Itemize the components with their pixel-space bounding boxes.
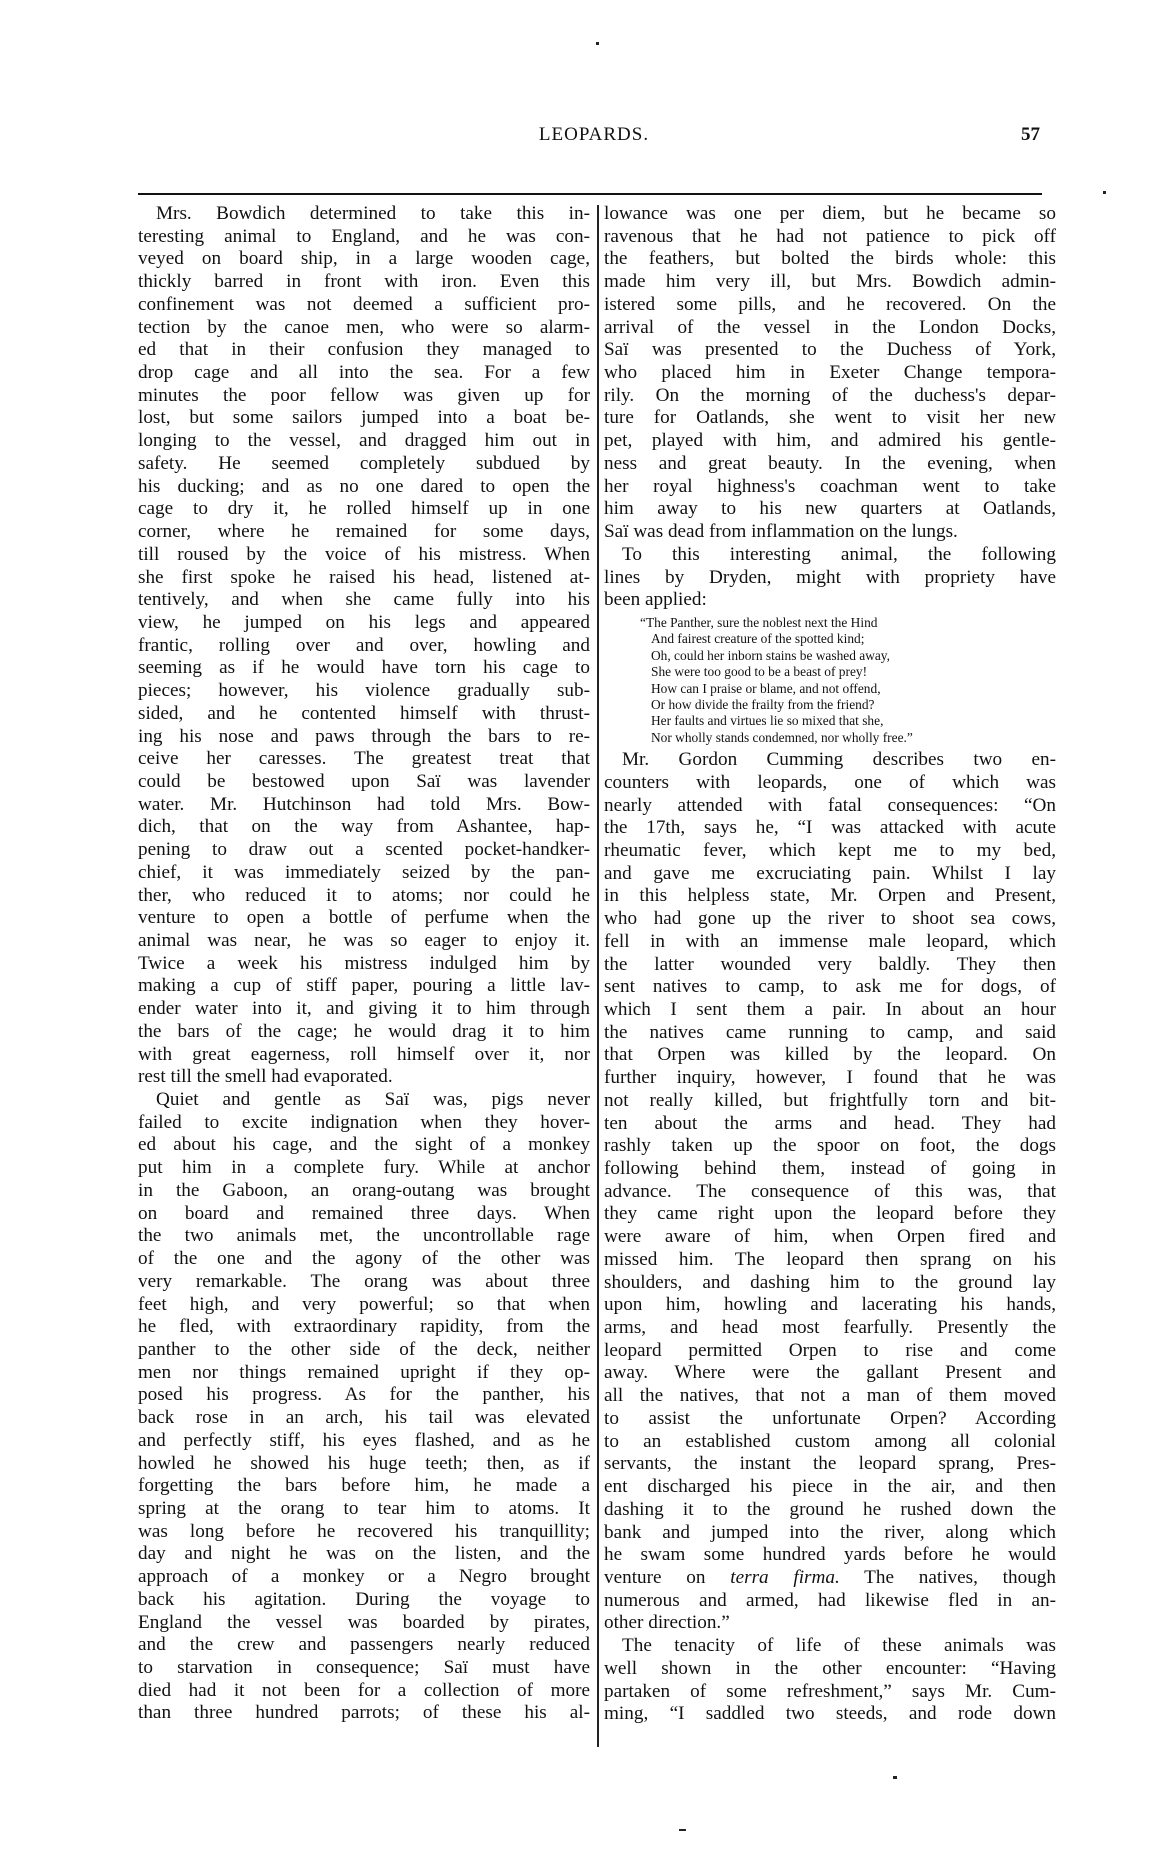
text-span: venture on <box>604 1567 730 1588</box>
text-line: day and night he was on the listen, and … <box>138 1543 590 1566</box>
text-line: he swam some hundred yards before he wou… <box>604 1544 1056 1567</box>
text-line: view, he jumped on his legs and appeared <box>138 612 590 635</box>
text-line: till roused by the voice of his mistress… <box>138 544 590 567</box>
text-line: men nor things remained upright if they … <box>138 1362 590 1385</box>
text-line: animal was near, he was so eager to enjo… <box>138 930 590 953</box>
text-line: the bars of the cage; he would drag it t… <box>138 1021 590 1044</box>
text-line: seeming as if he would have torn his cag… <box>138 657 590 680</box>
text-line: numerous and armed, had likewise fled in… <box>604 1590 1056 1613</box>
text-line: fell in with an immense male leopard, wh… <box>604 931 1056 954</box>
text-line: making a cup of stiff paper, pouring a l… <box>138 975 590 998</box>
text-line: feet high, and very powerful; so that wh… <box>138 1294 590 1317</box>
text-line: Saï was presented to the Duchess of York… <box>604 339 1056 362</box>
text-line: partaken of some refreshment,” says Mr. … <box>604 1681 1056 1704</box>
text-line: pieces; however, his violence gradually … <box>138 680 590 703</box>
verse-line: How can I praise or blame, and not offen… <box>640 681 1056 697</box>
text-line: ravenous that he had not patience to pic… <box>604 226 1056 249</box>
text-line: in the Gaboon, an orang-outang was broug… <box>138 1180 590 1203</box>
text-line: well shown in the other encounter: “Havi… <box>604 1658 1056 1681</box>
text-line: arrival of the vessel in the London Dock… <box>604 317 1056 340</box>
print-speck <box>596 42 599 45</box>
text-line: dich, that on the way from Ashantee, hap… <box>138 816 590 839</box>
text-line: he fled, with extraordinary rapidity, fr… <box>138 1316 590 1339</box>
text-line: advance. The consequence of this was, th… <box>604 1181 1056 1204</box>
text-line: Quiet and gentle as Saï was, pigs never <box>138 1089 590 1112</box>
text-line: lost, but some sailors jumped into a boa… <box>138 407 590 430</box>
italic-phrase-terra-firma: terra firma. <box>730 1567 840 1588</box>
text-line: and perfectly stiff, his eyes flashed, a… <box>138 1430 590 1453</box>
verse-line: “The Panther, sure the noblest next the … <box>640 615 1056 631</box>
text-line: spring at the orang to tear him to atoms… <box>138 1498 590 1521</box>
text-line: to assist the unfortunate Orpen? Accordi… <box>604 1408 1056 1431</box>
text-line: ceive her caresses. The greatest treat t… <box>138 748 590 771</box>
text-line: been applied: <box>604 589 1056 612</box>
text-line: confinement was not deemed a sufficient … <box>138 294 590 317</box>
text-line: servants, the instant the leopard sprang… <box>604 1453 1056 1476</box>
text-line: who had gone up the river to shoot sea c… <box>604 908 1056 931</box>
verse-line: Oh, could her inborn stains be washed aw… <box>640 648 1056 664</box>
text-line: bank and jumped into the river, along wh… <box>604 1522 1056 1545</box>
text-line: the 17th, says he, “I was attacked with … <box>604 817 1056 840</box>
verse-line: Or how divide the frailty from the frien… <box>640 697 1056 713</box>
text-line: frantic, rolling over and over, howling … <box>138 635 590 658</box>
text-line: cage to dry it, he rolled himself up in … <box>138 498 590 521</box>
text-line: counters with leopards, one of which was <box>604 772 1056 795</box>
text-line: posed his progress. As for the panther, … <box>138 1384 590 1407</box>
text-line: to an established custom among all colon… <box>604 1431 1056 1454</box>
text-line: and gave me excruciating pain. Whilst I … <box>604 863 1056 886</box>
text-line: teresting animal to England, and he was … <box>138 226 590 249</box>
text-line: drop cage and all into the sea. For a fe… <box>138 362 590 385</box>
text-line: thickly barred in front with iron. Even … <box>138 271 590 294</box>
text-line: shoulders, and dashing him to the ground… <box>604 1272 1056 1295</box>
text-line: could be bestowed upon Saï was lavender <box>138 771 590 794</box>
text-line: lines by Dryden, might with propriety ha… <box>604 567 1056 590</box>
text-line: rheumatic fever, which kept me to my bed… <box>604 840 1056 863</box>
text-line: ed about his cage, and the sight of a mo… <box>138 1134 590 1157</box>
text-line: ed that in their confusion they managed … <box>138 339 590 362</box>
print-speck <box>893 1776 897 1779</box>
left-column: Mrs. Bowdich determined to take this in-… <box>138 203 590 1725</box>
text-line: that Orpen was killed by the leopard. On <box>604 1044 1056 1067</box>
text-line: with great eagerness, roll himself over … <box>138 1044 590 1067</box>
text-line: him away to his new quarters at Oatlands… <box>604 498 1056 521</box>
text-line: the two animals met, the uncontrollable … <box>138 1225 590 1248</box>
text-line: sent natives to camp, to ask me for dogs… <box>604 976 1056 999</box>
text-line: put him in a complete fury. While at anc… <box>138 1157 590 1180</box>
text-line: not really killed, but frightfully torn … <box>604 1090 1056 1113</box>
text-line: away. Where were the gallant Present and <box>604 1362 1056 1385</box>
text-line: back his agitation. During the voyage to <box>138 1589 590 1612</box>
text-line: ent discharged his piece in the air, and… <box>604 1476 1056 1499</box>
column-divider <box>597 205 599 1747</box>
text-line: corner, where he remained for some days, <box>138 521 590 544</box>
text-line: pening to draw out a scented pocket-hand… <box>138 839 590 862</box>
text-line: died had it not been for a collection of… <box>138 1680 590 1703</box>
text-line: very remarkable. The orang was about thr… <box>138 1271 590 1294</box>
text-line: upon him, howling and lacerating his han… <box>604 1294 1056 1317</box>
text-line: and the crew and passengers nearly reduc… <box>138 1634 590 1657</box>
text-line: ther, who reduced it to atoms; nor could… <box>138 885 590 908</box>
text-line: ming, “I saddled two steeds, and rode do… <box>604 1703 1056 1726</box>
text-line: ness and great beauty. In the evening, w… <box>604 453 1056 476</box>
text-span: The natives, though <box>840 1567 1056 1588</box>
text-line: her royal highness's coachman went to ta… <box>604 476 1056 499</box>
text-line: To this interesting animal, the followin… <box>604 544 1056 567</box>
text-line: ten about the arms and head. They had <box>604 1113 1056 1136</box>
text-line: chief, it was immediately seized by the … <box>138 862 590 885</box>
text-line: ing his nose and paws through the bars t… <box>138 726 590 749</box>
text-line: tentively, and when she came fully into … <box>138 589 590 612</box>
text-line: arms, and head most fearfully. Presently… <box>604 1317 1056 1340</box>
header-rule <box>138 193 1042 195</box>
text-line: they came right upon the leopard before … <box>604 1203 1056 1226</box>
text-line: to starvation in consequence; Saï must h… <box>138 1657 590 1680</box>
text-line: ture for Oatlands, she went to visit her… <box>604 407 1056 430</box>
print-speck <box>1103 191 1106 194</box>
running-title: LEOPARDS. <box>138 124 1050 146</box>
text-line: Twice a week his mistress indulged him b… <box>138 953 590 976</box>
text-line: on board and remained three days. When <box>138 1203 590 1226</box>
text-line: Saï was dead from inflammation on the lu… <box>604 521 1056 544</box>
text-line: venture on terra firma. The natives, tho… <box>604 1567 1056 1590</box>
text-line: in this helpless state, Mr. Orpen and Pr… <box>604 885 1056 908</box>
running-head: LEOPARDS. 57 <box>138 124 1050 154</box>
text-line: longing to the vessel, and dragged him o… <box>138 430 590 453</box>
text-line: other direction.” <box>604 1612 1056 1635</box>
text-line: who placed him in Exeter Change tempora- <box>604 362 1056 385</box>
text-line: than three hundred parrots; of these his… <box>138 1702 590 1725</box>
text-line: panther to the other side of the deck, n… <box>138 1339 590 1362</box>
text-line: veyed on board ship, in a large wooden c… <box>138 248 590 271</box>
text-line: approach of a monkey or a Negro brought <box>138 1566 590 1589</box>
verse-line: She were too good to be a beast of prey! <box>640 664 1056 680</box>
text-line: which I sent them a pair. In about an ho… <box>604 999 1056 1022</box>
text-line: rily. On the morning of the duchess's de… <box>604 385 1056 408</box>
text-line: venture to open a bottle of perfume when… <box>138 907 590 930</box>
text-line: istered some pills, and he recovered. On… <box>604 294 1056 317</box>
text-line: made him very ill, but Mrs. Bowdich admi… <box>604 271 1056 294</box>
text-line: ender water into it, and giving it to hi… <box>138 998 590 1021</box>
text-line: she first spoke he raised his head, list… <box>138 567 590 590</box>
text-line: Mr. Gordon Cumming describes two en- <box>604 749 1056 772</box>
text-line: were aware of him, when Orpen fired and <box>604 1226 1056 1249</box>
text-line: rashly taken up the spoor on foot, the d… <box>604 1135 1056 1158</box>
text-line: water. Mr. Hutchinson had told Mrs. Bow- <box>138 794 590 817</box>
text-line: failed to excite indignation when they h… <box>138 1112 590 1135</box>
text-line: England the vessel was boarded by pirate… <box>138 1612 590 1635</box>
text-line: the natives came running to camp, and sa… <box>604 1022 1056 1045</box>
text-line: safety. He seemed completely subdued by <box>138 453 590 476</box>
text-line: back rose in an arch, his tail was eleva… <box>138 1407 590 1430</box>
verse-line: And fairest creature of the spotted kind… <box>640 631 1056 647</box>
text-line: the latter wounded very baldly. They the… <box>604 954 1056 977</box>
text-line: tection by the canoe men, who were so al… <box>138 317 590 340</box>
text-line: nearly attended with fatal consequences:… <box>604 795 1056 818</box>
right-column: lowance was one per diem, but he became … <box>604 203 1056 1726</box>
text-line: pet, played with him, and admired his ge… <box>604 430 1056 453</box>
text-line: lowance was one per diem, but he became … <box>604 203 1056 226</box>
page-number: 57 <box>1021 124 1040 146</box>
text-line: dashing it to the ground he rushed down … <box>604 1499 1056 1522</box>
text-line: forgetting the bars before him, he made … <box>138 1475 590 1498</box>
verse-line: Nor wholly stands condemned, nor wholly … <box>640 730 1056 746</box>
text-line: The tenacity of life of these animals wa… <box>604 1635 1056 1658</box>
text-line: minutes the poor fellow was given up for <box>138 385 590 408</box>
text-line: his ducking; and as no one dared to open… <box>138 476 590 499</box>
print-speck <box>679 1829 686 1831</box>
text-line: of the one and the agony of the other wa… <box>138 1248 590 1271</box>
text-line: was long before he recovered his tranqui… <box>138 1521 590 1544</box>
text-line: missed him. The leopard then sprang on h… <box>604 1249 1056 1272</box>
dryden-verse: “The Panther, sure the noblest next the … <box>604 615 1056 746</box>
text-line: Mrs. Bowdich determined to take this in- <box>138 203 590 226</box>
text-line: all the natives, that not a man of them … <box>604 1385 1056 1408</box>
text-line: the feathers, but bolted the birds whole… <box>604 248 1056 271</box>
text-line: sided, and he contented himself with thr… <box>138 703 590 726</box>
text-line: rest till the smell had evaporated. <box>138 1066 590 1089</box>
text-line: howled he showed his huge teeth; then, a… <box>138 1453 590 1476</box>
text-line: following behind them, instead of going … <box>604 1158 1056 1181</box>
text-line: leopard permitted Orpen to rise and come <box>604 1340 1056 1363</box>
verse-line: Her faults and virtues lie so mixed that… <box>640 713 1056 729</box>
text-line: further inquiry, however, I found that h… <box>604 1067 1056 1090</box>
